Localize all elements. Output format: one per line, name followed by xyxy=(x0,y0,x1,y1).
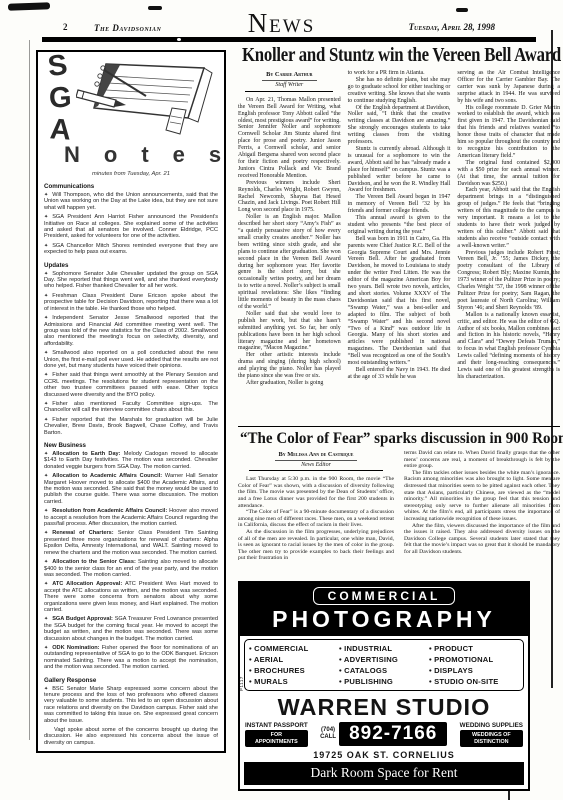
ad-passport-label: INSTANT PASSPORT xyxy=(245,722,308,729)
ad-phone-number: 892-7166 xyxy=(339,722,447,746)
paragraph: After graduation, Noller is going xyxy=(238,380,341,387)
issue-date: Tuesday, April 28, 1998 xyxy=(409,22,495,32)
article1-col3: serving as the Air Combat Intelligence O… xyxy=(457,70,560,422)
paragraph: After the film, viewers discussed the im… xyxy=(404,523,560,556)
ad-passport-block: INSTANT PASSPORT FOR APPOINTMENTS xyxy=(245,722,308,747)
main-content: Knoller and Stuntz win the Vereen Bell A… xyxy=(238,45,560,791)
bullet-icon: ✦ xyxy=(44,293,48,299)
article2-byline: By Melissa Ann de Castrique News Editor xyxy=(249,452,383,471)
sga-item: ✦Fisher said that things went smoothly a… xyxy=(44,372,218,398)
bullet-icon: ✦ xyxy=(44,686,48,692)
paragraph: The Vereen Bell Award began in 1947 in m… xyxy=(348,194,451,215)
ad-services-col1: COMMERCIAL AERIAL BROCHURES MURALS xyxy=(249,643,339,687)
sga-letter-s: S xyxy=(46,50,69,84)
ad-appointments-box: FOR APPOINTMENTS xyxy=(245,730,308,747)
article2-col1: By Melissa Ann de Castrique News Editor … xyxy=(238,450,394,576)
sga-item: ✦Allocation to Earth Day: Melody Cadogan… xyxy=(44,451,218,470)
bullet-icon: ✦ xyxy=(44,214,48,220)
article1-author: By Carrie Arthur xyxy=(262,72,316,81)
article1-columns: By Carrie Arthur Staff Writer On Apr. 21… xyxy=(238,70,560,422)
article-divider xyxy=(238,426,560,427)
paragraph: She has no definite plans, but she may g… xyxy=(348,77,451,105)
sga-item: ✦Resolution from Academic Affairs Counci… xyxy=(44,508,218,527)
paragraph: serving as the Air Combat Intelligence O… xyxy=(457,70,560,105)
ad-service: PUBLISHING xyxy=(339,676,429,687)
paragraph: Last Thursday at 5:30 p.m. in the 900 Ro… xyxy=(238,476,394,509)
sga-heading-updates: Updates xyxy=(44,262,218,269)
bullet-icon: ✦ xyxy=(44,559,48,565)
ad-wedding-block: WEDDING SUPPLIES WEDDINGS OF DISTINCTION xyxy=(460,722,523,747)
bullet-icon: ✦ xyxy=(44,401,48,407)
header-rule xyxy=(42,37,536,42)
sga-item: ✦Fisher also mentioned Faculty Committee… xyxy=(44,401,218,414)
sga-item: ✦Fisher reported that the Marshals for g… xyxy=(44,417,218,436)
rule-dot xyxy=(177,38,181,41)
sga-item: ✦SGA Chancellor Mitch Shores reminded ev… xyxy=(44,243,218,256)
ad-services: COMMERCIAL AERIAL BROCHURES MURALS INDUS… xyxy=(244,639,524,691)
ad-service: MURALS xyxy=(249,676,339,687)
bullet-icon: ✦ xyxy=(44,192,48,198)
bullet-icon: ✦ xyxy=(44,350,48,356)
sga-heading-communications: Communications xyxy=(44,183,218,190)
bullet-icon: ✦ xyxy=(44,473,48,479)
ad-service: CATALOGS xyxy=(339,665,429,676)
sga-notes-box: S G A Notes minutes from Tuesday, Apr. 2… xyxy=(36,50,226,753)
ad-service: INDUSTRIAL xyxy=(339,643,429,654)
paragraph: The film tackles other issues besides th… xyxy=(404,470,560,523)
sga-heading-new-business: New Business xyxy=(44,442,218,449)
sga-item: ✦SGA President Ann Harriot Fisher announ… xyxy=(44,214,218,240)
paragraph: Mallon is a nationally known essayist, c… xyxy=(457,312,560,381)
bullet-icon: ✦ xyxy=(44,243,48,249)
paragraph: Bell entered the Navy in 1943. He died a… xyxy=(348,367,451,381)
ad-service: PROMOTIONAL xyxy=(429,654,519,665)
sga-item: ✦Renewal of Charters: Senior Class Presi… xyxy=(44,530,218,556)
article2-author: By Melissa Ann de Castrique xyxy=(275,452,358,461)
ad-areacode: (704) CALL xyxy=(320,727,336,741)
paragraph: Bell was born in 1911 in Cairo, Ga. His … xyxy=(348,236,451,367)
sga-item: ✦Will Thompson, who did the Union announ… xyxy=(44,192,218,211)
ad-service: AERIAL xyxy=(249,654,339,665)
paragraph: terms David can relate to. When David fi… xyxy=(404,450,560,470)
sga-letter-g: G xyxy=(48,81,72,115)
ad-contact-row: INSTANT PASSPORT FOR APPOINTMENTS (704) … xyxy=(240,721,528,747)
sga-item: ✦Independent Senator Jesse Smallwood rep… xyxy=(44,315,218,347)
ad-studio-name: WARREN STUDIO xyxy=(237,694,531,721)
ad-header: COMMERCIAL PHOTOGRAPHY xyxy=(240,583,528,636)
warren-studio-ad: P1117 COMMERCIAL PHOTOGRAPHY COMMERCIAL … xyxy=(238,581,530,791)
article2-headline: “The Color of Fear” sparks discussion in… xyxy=(240,430,550,448)
ad-weddings-box: WEDDINGS OF DISTINCTION xyxy=(460,730,523,747)
paragraph: Noller said that she would love to publi… xyxy=(238,311,341,352)
sga-item: ✦ATC Allocation Approval: ATC President … xyxy=(44,581,218,613)
ad-service: ADVERTISING xyxy=(339,654,429,665)
bullet-icon: ✦ xyxy=(44,271,48,277)
bullet-icon: ✦ xyxy=(44,508,48,514)
sga-notes-graphic: S G A Notes xyxy=(44,56,218,168)
paragraph: Her other artistic interests include dra… xyxy=(238,352,341,380)
sga-credit: Compiled by Sarah Oden xyxy=(44,751,218,753)
page-edge-left xyxy=(29,40,30,740)
paragraph: The original fund contained $2,000 with … xyxy=(457,160,560,188)
bullet-icon: ✦ xyxy=(44,372,48,378)
article2-col2: terms David can relate to. When David fi… xyxy=(404,450,560,576)
ad-wedding-label: WEDDING SUPPLIES xyxy=(460,722,523,729)
bullet-icon: ✦ xyxy=(44,616,48,622)
paragraph: His college roommate D. Grier Martin wor… xyxy=(457,105,560,160)
sga-item: Vagt spoke about some of the concerns br… xyxy=(44,727,218,746)
sga-minutes-caption: minutes from Tuesday, Apr. 21 xyxy=(44,171,218,177)
ad-code: P1117 xyxy=(239,676,244,691)
bullet-icon: ✦ xyxy=(44,451,48,457)
bullet-icon: ✦ xyxy=(44,581,48,587)
article1-author-role: Staff Writer xyxy=(245,82,333,89)
paragraph: Previous judges include Robert Frost; Ve… xyxy=(457,250,560,312)
bullet-icon: ✦ xyxy=(44,315,48,321)
sga-notes-wordmark: Notes xyxy=(44,142,218,168)
ad-service: STUDIO ON-SITE xyxy=(429,676,519,687)
article1-col2: to work for a PR firm in Atlanta. She ha… xyxy=(348,70,451,422)
paragraph: to work for a PR firm in Atlanta. xyxy=(348,70,451,77)
article2-author-role: News Editor xyxy=(249,462,383,469)
paragraph: As the discussion in the film progresses… xyxy=(238,529,394,562)
paragraph: “The Color of Fear” is a 90-minute docum… xyxy=(238,509,394,529)
sga-item: ✦Smallwood also reported on a poll condu… xyxy=(44,350,218,369)
article1-headline: Knoller and Stuntz win the Vereen Bell A… xyxy=(242,45,515,67)
ad-services-col2: INDUSTRIAL ADVERTISING CATALOGS PUBLISHI… xyxy=(339,643,429,687)
sga-item: ✦Freshman Class President Dane Ericson s… xyxy=(44,293,218,312)
bullet-icon: ✦ xyxy=(44,417,48,423)
ad-commercial-label: COMMERCIAL xyxy=(313,587,456,605)
ad-address: 19725 OAK ST. CORNELIUS xyxy=(240,750,528,760)
paragraph: Previous winners include Sheri Reynolds,… xyxy=(238,180,341,215)
darkroom-banner: Dark Room Space for Rent xyxy=(244,762,524,785)
paragraph: This annual award is given to the studen… xyxy=(348,215,451,236)
notepad-pen-illustration xyxy=(76,56,226,144)
ad-service: BROCHURES xyxy=(249,665,339,676)
ad-service: DISPLAYS xyxy=(429,665,519,676)
paragraph: Of the English department at Davidson, N… xyxy=(348,105,451,146)
bullet-icon: ✦ xyxy=(44,530,48,536)
paragraph: Stuntz is currently abroad. Although it … xyxy=(348,146,451,194)
article1-col1: By Carrie Arthur Staff Writer On Apr. 21… xyxy=(238,70,341,422)
ad-service: PRODUCT xyxy=(429,643,519,654)
article2-columns: By Melissa Ann de Castrique News Editor … xyxy=(238,450,560,576)
ad-phone-block: (704) CALL 892-7166 xyxy=(320,722,447,746)
ad-photography-label: PHOTOGRAPHY xyxy=(240,606,528,633)
sga-item: ✦ODK Nomination: Fisher opened the floor… xyxy=(44,645,218,671)
sga-item: ✦SGA Budget Approval: SGA Treasurer Fred… xyxy=(44,616,218,642)
paragraph: Each year, Abbott said that the English … xyxy=(457,187,560,249)
ad-service: COMMERCIAL xyxy=(249,643,339,654)
sga-heading-gallery-response: Gallery Response xyxy=(44,677,218,684)
sga-item: ✦Sophomore Senator Julie Chevalier updat… xyxy=(44,271,218,290)
article1-byline: By Carrie Arthur Staff Writer xyxy=(245,72,333,92)
paragraph: Noller is an English major. Mallon descr… xyxy=(238,214,341,311)
bullet-icon: ✦ xyxy=(44,645,48,651)
ad-services-col3: PRODUCT PROMOTIONAL DISPLAYS STUDIO ON-S… xyxy=(429,643,519,687)
paragraph: On Apr. 21, Thomas Mallon presented the … xyxy=(238,97,341,180)
sga-item: ✦BSC Senator Marie Sharp expressed some … xyxy=(44,686,218,724)
sga-item: ✦Allocation to the Senior Class: Saintin… xyxy=(44,559,218,578)
sga-item: ✦Allocation to Academic Affairs Council:… xyxy=(44,473,218,505)
